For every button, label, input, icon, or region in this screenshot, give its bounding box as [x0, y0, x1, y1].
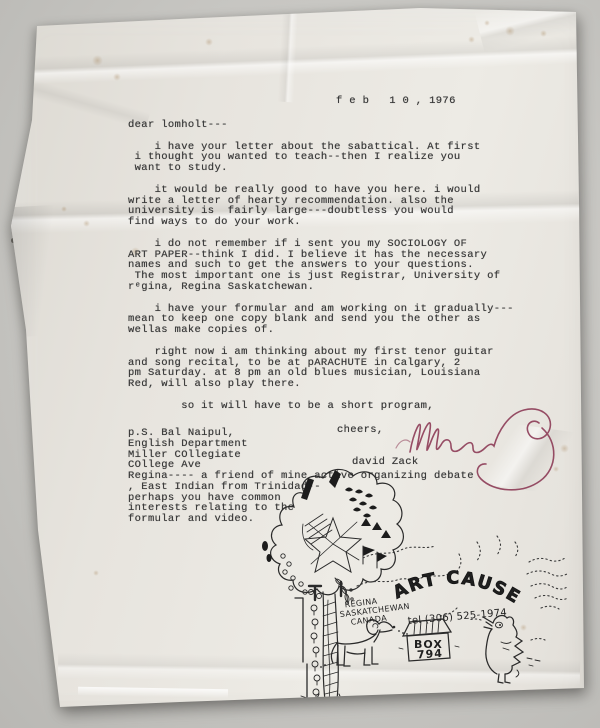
paper-crease — [1, 204, 72, 337]
photo-of-letter: f e b 1 0 , 1976 dear lomholt--- i have … — [0, 0, 600, 728]
po-box-line2: 794 — [417, 647, 444, 662]
bird-doodle — [483, 616, 540, 683]
foxing-spot — [113, 73, 121, 81]
svg-text:CANADA: CANADA — [350, 613, 387, 626]
letter-paper: f e b 1 0 , 1976 dear lomholt--- i have … — [0, 0, 600, 728]
dog-doodle — [320, 620, 408, 668]
paper-crease — [475, 0, 594, 53]
trunk-bulbs — [311, 605, 320, 699]
dotted-trails — [357, 536, 568, 640]
sprig-leaves — [335, 578, 353, 602]
foxing-spot — [505, 26, 515, 36]
canopy-berries — [281, 554, 322, 599]
foxing-spot — [520, 624, 527, 631]
svg-text:REGINA: REGINA — [344, 597, 378, 610]
foxing-spot — [553, 466, 559, 472]
phone-text: tel (306) 525-1974 — [407, 607, 507, 627]
foxing-spot — [61, 206, 67, 212]
foxing-spot — [468, 36, 475, 43]
foxing-spot — [93, 570, 99, 576]
paper-crease — [58, 652, 580, 685]
letter-body: dear lomholt--- i have your letter about… — [128, 120, 514, 412]
letter-date: f e b 1 0 , 1976 — [336, 96, 456, 107]
foxing-spot — [205, 38, 213, 46]
foxing-spot — [83, 220, 90, 227]
po-box-line1: BOX — [414, 638, 443, 651]
paper-edge-glint — [27, 556, 34, 622]
svg-text:SASKATCHEWAN: SASKATCHEWAN — [339, 602, 410, 620]
location-text: REGINA SASKATCHEWAN CANADA — [338, 593, 411, 628]
paper-edge-glint — [78, 687, 228, 699]
foxing-spot — [92, 55, 103, 66]
art-cause-title: ART CAUSE — [390, 568, 524, 608]
foxing-spot — [540, 30, 547, 37]
paper-crease — [277, 6, 298, 103]
po-box-doodle: BOX 794 — [399, 619, 459, 662]
paper-crease — [464, 418, 590, 498]
foxing-spot — [484, 20, 490, 26]
foxing-spot — [560, 444, 569, 453]
letter-postscript: p.S. Bal Naipul, English Department Mill… — [128, 428, 474, 525]
paper-wrap: f e b 1 0 , 1976 dear lomholt--- i have … — [0, 0, 600, 728]
